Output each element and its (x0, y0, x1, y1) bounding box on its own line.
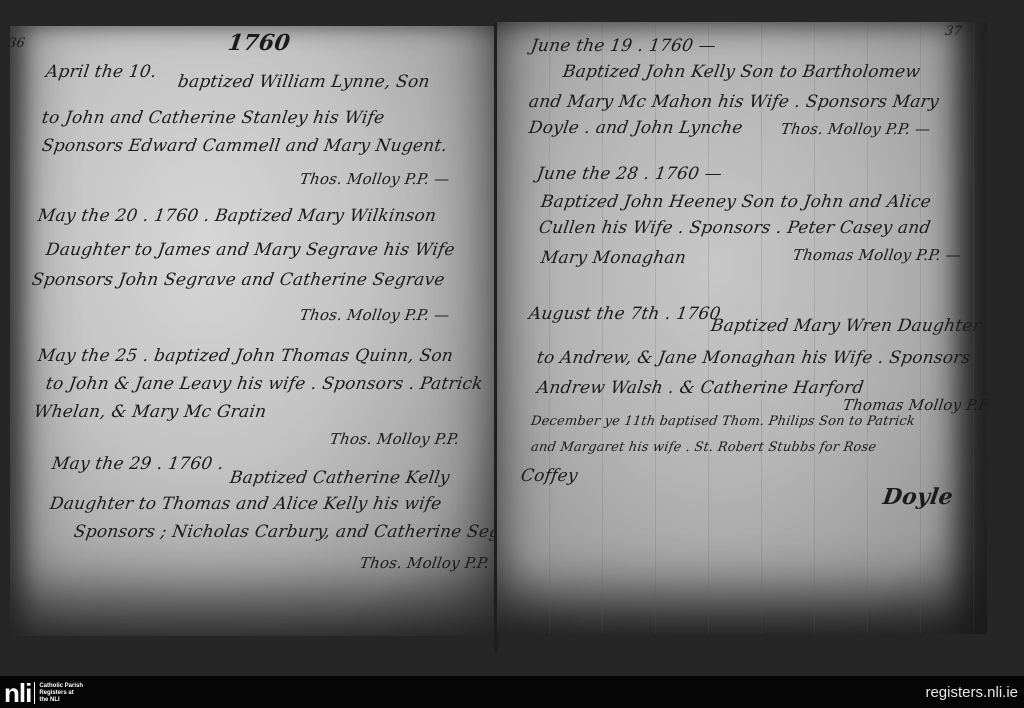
entry-4-line: Daughter to Thomas and Alice Kelly his w… (49, 494, 443, 514)
entry-1-line: to John and Catherine Stanley his Wife (41, 108, 386, 128)
entry-5-line: Baptized John Kelly Son to Bartholomew (562, 62, 922, 82)
entry-1-line: baptized William Lynne, Son (177, 72, 431, 92)
entry-7-date: August the 7th . 1760 (528, 304, 722, 324)
entry-2-signature: Thos. Molloy P.P. — (299, 306, 451, 324)
entry-4-line: Sponsors ; Nicholas Carbury, and Catheri… (73, 522, 496, 542)
right-register-page: 37 June the 19 . 1760 — Baptized John Ke… (497, 22, 987, 634)
entry-3-line: May the 25 . baptized John Thomas Quinn,… (37, 346, 455, 366)
entry-4-line: Baptized Catherine Kelly (229, 468, 451, 488)
entry-7-line: Andrew Walsh . & Catherine Harford (536, 378, 865, 398)
nli-logo-mark: nli (4, 680, 31, 706)
entry-5-line: Doyle . and John Lynche (528, 118, 744, 138)
entry-8-line: and Margaret his wife . St. Robert Stubb… (530, 440, 877, 455)
entry-6-date: June the 28 . 1760 — (536, 164, 724, 184)
entry-4-date: May the 29 . 1760 . (51, 454, 225, 474)
entry-6-line: Cullen his Wife . Sponsors . Peter Casey… (538, 218, 932, 238)
nli-logo[interactable]: nli Catholic Parish Registers at the NLI (4, 680, 89, 706)
footer-bar (0, 676, 1024, 708)
entry-6-line: Mary Monaghan (540, 248, 688, 268)
entry-8-signature: Doyle (881, 484, 955, 510)
logo-divider (34, 682, 35, 704)
entry-2-line: Daughter to James and Mary Segrave his W… (45, 240, 457, 260)
entry-8-line: Coffey (520, 466, 580, 486)
page-number-left: 36 (10, 36, 26, 51)
entry-8-line: December ye 11th baptised Thom. Philips … (530, 414, 916, 429)
entry-7-line: to Andrew, & Jane Monaghan his Wife . Sp… (536, 348, 972, 368)
logo-caption-line-1: Catholic Parish (39, 683, 83, 689)
entry-3-line: to John & Jane Leavy his wife . Sponsors… (45, 374, 484, 394)
entry-2-line: Sponsors John Segrave and Catherine Segr… (31, 270, 446, 290)
entry-3-signature: Thos. Molloy P.P. (329, 430, 461, 448)
logo-caption: Catholic Parish Registers at the NLI (39, 683, 89, 704)
entry-5-date: June the 19 . 1760 — (530, 36, 718, 56)
entry-5-line: and Mary Mc Mahon his Wife . Sponsors Ma… (528, 92, 941, 112)
entry-7-signature: Thomas Molloy P.P. (842, 396, 987, 414)
register-image-viewer[interactable]: 36 1760 April the 10. baptized William L… (0, 0, 1024, 676)
logo-caption-line-3: the NLI (39, 697, 59, 703)
entry-7-line: Baptized Mary Wren Daughter (710, 316, 983, 336)
entry-5-signature: Thos. Molloy P.P. — (780, 120, 932, 138)
year-heading: 1760 (226, 30, 292, 56)
entry-4-signature: Thos. Molloy P.P. (359, 554, 491, 572)
entry-3-line: Whelan, & Mary Mc Grain (33, 402, 268, 422)
entry-6-signature: Thomas Molloy P.P. — (792, 246, 963, 264)
page-number-right: 37 (944, 24, 963, 39)
entry-1-signature: Thos. Molloy P.P. — (299, 170, 451, 188)
entry-2-line: May the 20 . 1760 . Baptized Mary Wilkin… (37, 206, 438, 226)
left-register-page: 36 1760 April the 10. baptized William L… (10, 26, 496, 636)
entry-1-line: Sponsors Edward Cammell and Mary Nugent. (41, 136, 449, 156)
logo-caption-line-2: Registers at (39, 690, 73, 696)
entry-1-date: April the 10. (45, 62, 158, 82)
entry-6-line: Baptized John Heeney Son to John and Ali… (540, 192, 933, 212)
site-link[interactable]: registers.nli.ie (925, 684, 1018, 701)
